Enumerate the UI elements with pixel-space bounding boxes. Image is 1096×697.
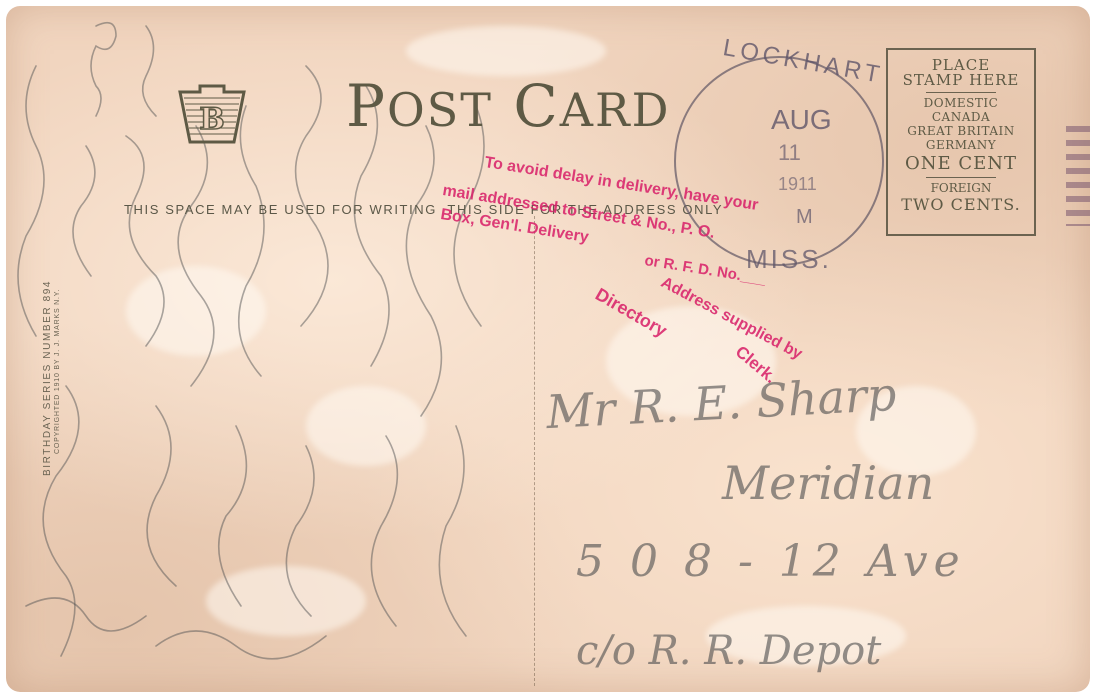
series-imprint: BIRTHDAY SERIES NUMBER 894 COPYRIGHTED 1… [42, 280, 61, 476]
address-street: 5 0 8 - 12 Ave [576, 536, 966, 587]
postmark-time: M [796, 206, 813, 229]
writing-note: THIS SPACE MAY BE USED FOR WRITING [124, 202, 437, 217]
address-city: Meridian [722, 456, 934, 510]
postmark-day: 11 [778, 140, 801, 166]
stamp-box: PLACE STAMP HERE DOMESTIC CANADA GREAT B… [886, 48, 1036, 236]
keystone-logo-icon: B [176, 84, 248, 144]
postcard-back: B POST CARD THIS SPACE MAY BE USED FOR W… [6, 6, 1090, 692]
stamp-box-rule [926, 92, 996, 93]
title-letters: OST [387, 83, 493, 137]
address-care-of: c/o R. R. Depot [576, 628, 881, 674]
title-letters: ARD [560, 83, 671, 137]
stamp-box-line: FOREIGN [888, 182, 1034, 194]
title-letter: C [513, 72, 559, 140]
stamp-box-line: STAMP HERE [888, 73, 1034, 88]
cancellation-bars [1066, 126, 1090, 226]
stamp-box-line: DOMESTIC [888, 97, 1034, 109]
stamp-box-rule [926, 177, 996, 178]
stamp-box-line: ONE CENT [888, 155, 1034, 173]
title-letter: P [346, 72, 387, 140]
stamp-box-line: GERMANY [888, 139, 1034, 151]
postmark-year: 1911 [778, 174, 817, 195]
stamp-box-line: TWO CENTS. [888, 197, 1034, 213]
center-divider [534, 216, 535, 686]
address-recipient: Mr R. E. Sharp [545, 367, 898, 439]
copyright-line: COPYRIGHTED 1910 BY J. J. MARKS N.Y. [54, 280, 61, 476]
postcard-title: POST CARD [346, 72, 671, 140]
series-number: BIRTHDAY SERIES NUMBER 894 [42, 280, 53, 476]
stamp-box-line: CANADA [888, 111, 1034, 123]
postmark-month: AUG [771, 104, 832, 136]
stamp-box-line: GREAT BRITAIN [888, 125, 1034, 137]
svg-text:B: B [199, 102, 224, 137]
